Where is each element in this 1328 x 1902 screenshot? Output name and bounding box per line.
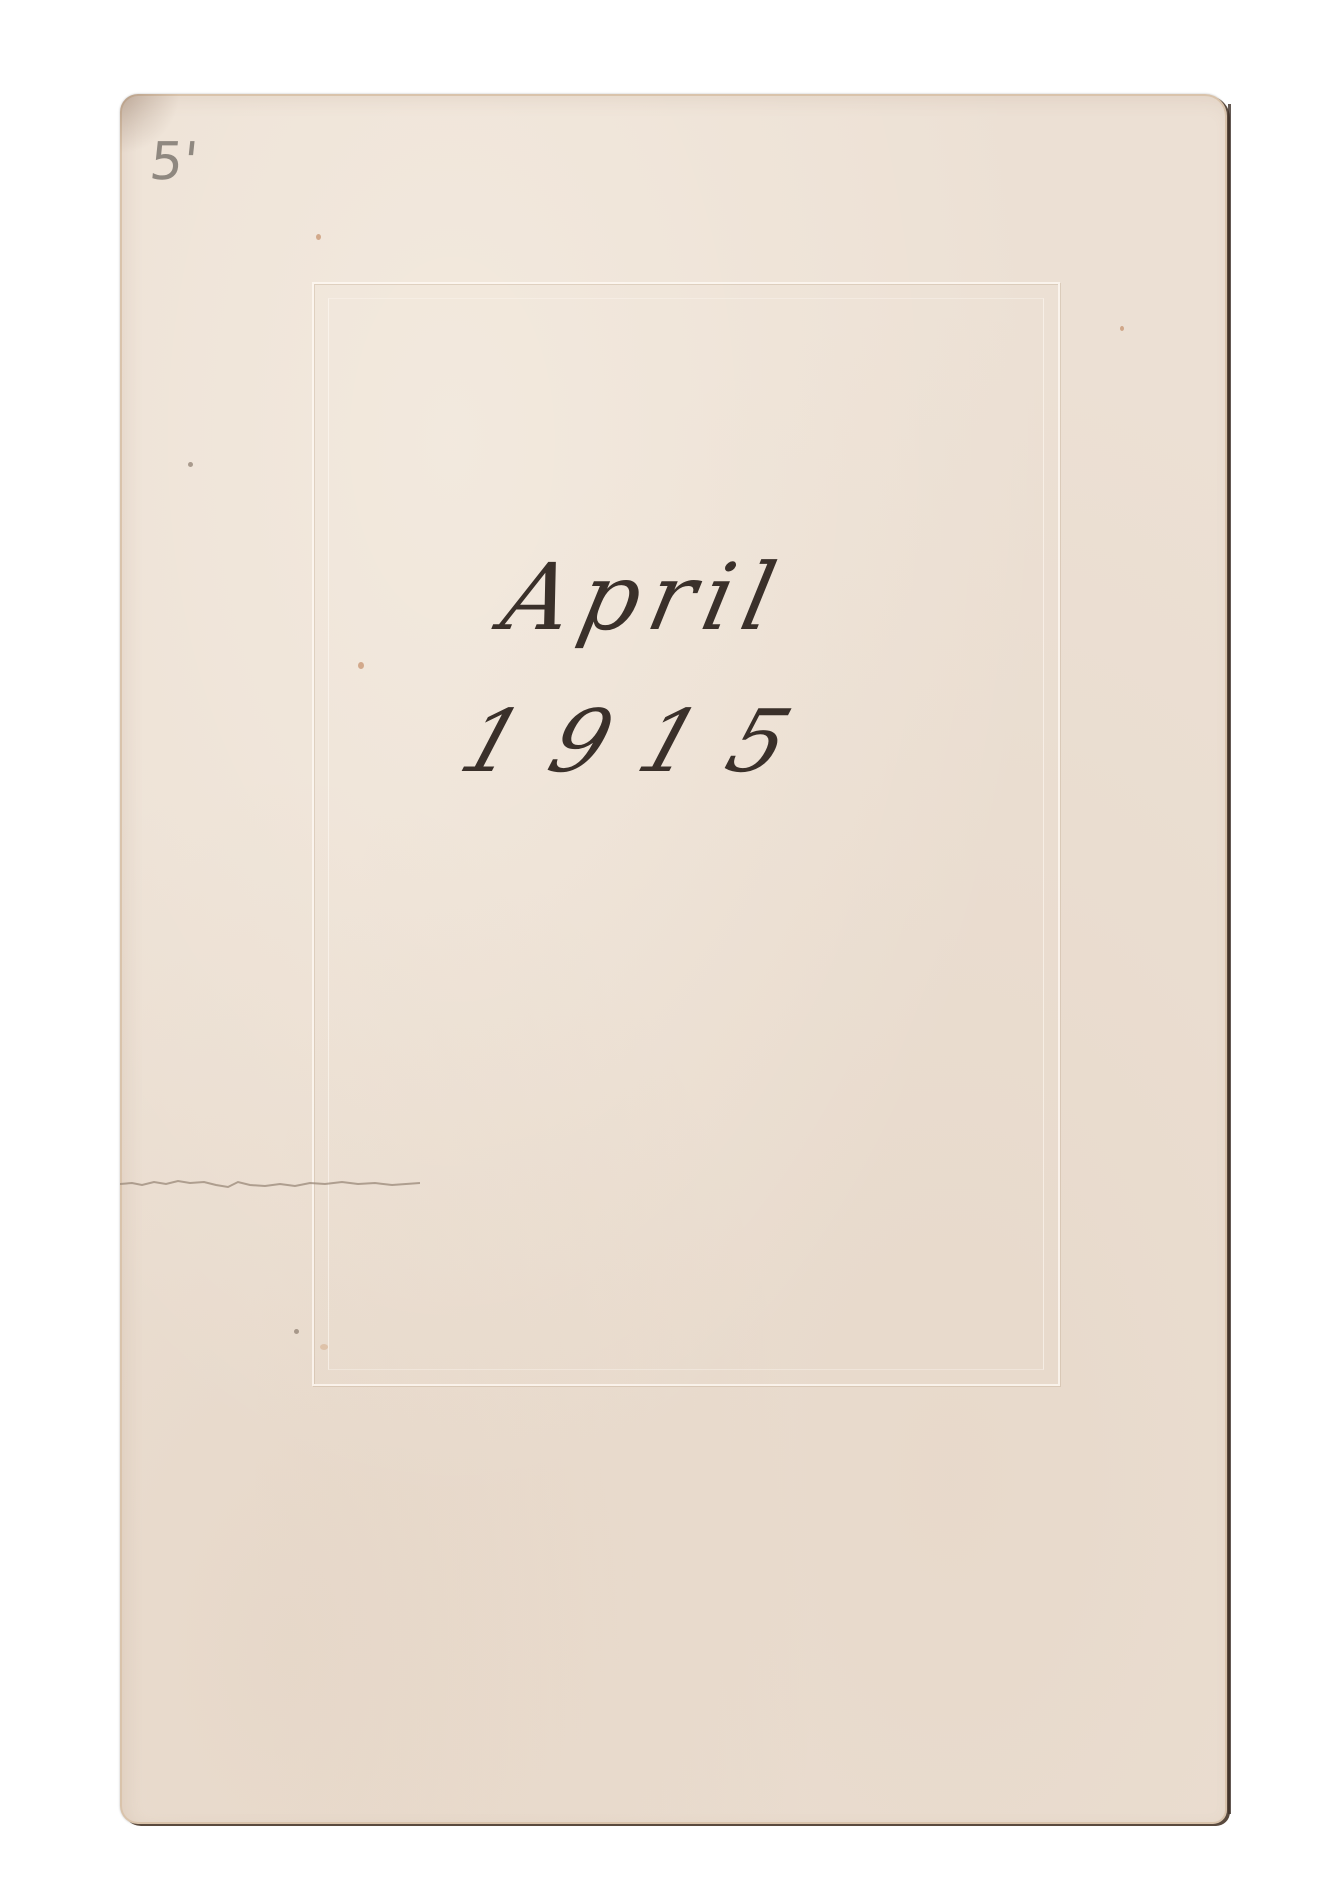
photo-card-back: 5' April 1915 (120, 94, 1227, 1824)
handwritten-month: April (494, 544, 795, 651)
foxing-spot (320, 1344, 328, 1350)
handwritten-year: 1915 (449, 692, 836, 792)
crease-mark (120, 1174, 420, 1194)
foxing-spot (188, 462, 193, 467)
pencil-mark: 5' (147, 132, 201, 192)
card-edge-shadow (1228, 104, 1231, 1814)
embossed-frame (312, 282, 1060, 1386)
foxing-spot (358, 662, 364, 669)
foxing-spot (316, 234, 321, 240)
foxing-spot (294, 1329, 299, 1334)
embossed-frame-inner (328, 298, 1044, 1370)
foxing-spot (1120, 326, 1124, 331)
